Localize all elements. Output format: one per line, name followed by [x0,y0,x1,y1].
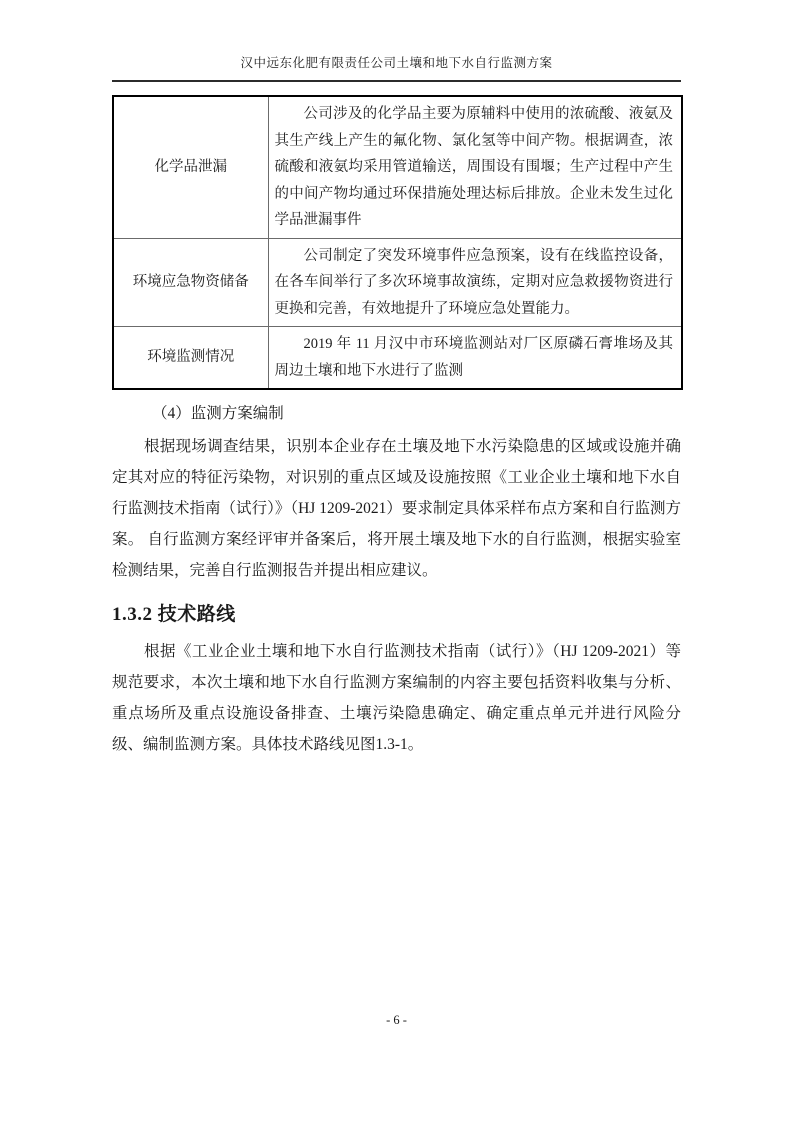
table-row: 环境应急物资储备 公司制定了突发环境事件应急预案，设有在线监控设备，在各车间举行… [113,238,682,327]
row-content: 2019 年 11 月汉中市环境监测站对厂区原磷石膏堆场及其周边土壤和地下水进行… [268,327,682,390]
info-table: 化学品泄漏 公司涉及的化学品主要为原辅料中使用的浓硫酸、液氨及其生产线上产生的氟… [112,95,683,390]
row-content: 公司涉及的化学品主要为原辅料中使用的浓硫酸、液氨及其生产线上产生的氟化物、氯化氢… [268,96,682,238]
page-footer: - 6 - [0,1013,793,1028]
page-number: - 6 - [386,1013,407,1027]
table-row: 化学品泄漏 公司涉及的化学品主要为原辅料中使用的浓硫酸、液氨及其生产线上产生的氟… [113,96,682,238]
table-row: 环境监测情况 2019 年 11 月汉中市环境监测站对厂区原磷石膏堆场及其周边土… [113,327,682,390]
row-label: 化学品泄漏 [113,96,268,238]
row-content: 公司制定了突发环境事件应急预案，设有在线监控设备，在各车间举行了多次环境事故演练… [268,238,682,327]
header-title: 汉中远东化肥有限责任公司土壤和地下水自行监测方案 [112,55,681,82]
document-page: 汉中远东化肥有限责任公司土壤和地下水自行监测方案 化学品泄漏 公司涉及的化学品主… [0,0,793,1122]
section-heading-technical-route: 1.3.2 技术路线 [112,601,681,628]
row-label: 环境监测情况 [113,327,268,390]
paragraph-monitoring-plan: 根据现场调查结果，识别本企业存在土壤及地下水污染隐患的区域或设施并确定其对应的特… [112,431,681,586]
page-header: 汉中远东化肥有限责任公司土壤和地下水自行监测方案 [112,55,681,82]
row-label: 环境应急物资储备 [113,238,268,327]
numbered-subheading: （4）监测方案编制 [112,399,681,429]
paragraph-technical-route: 根据《工业企业土壤和地下水自行监测技术指南（试行）》（HJ 1209-2021）… [112,636,681,760]
